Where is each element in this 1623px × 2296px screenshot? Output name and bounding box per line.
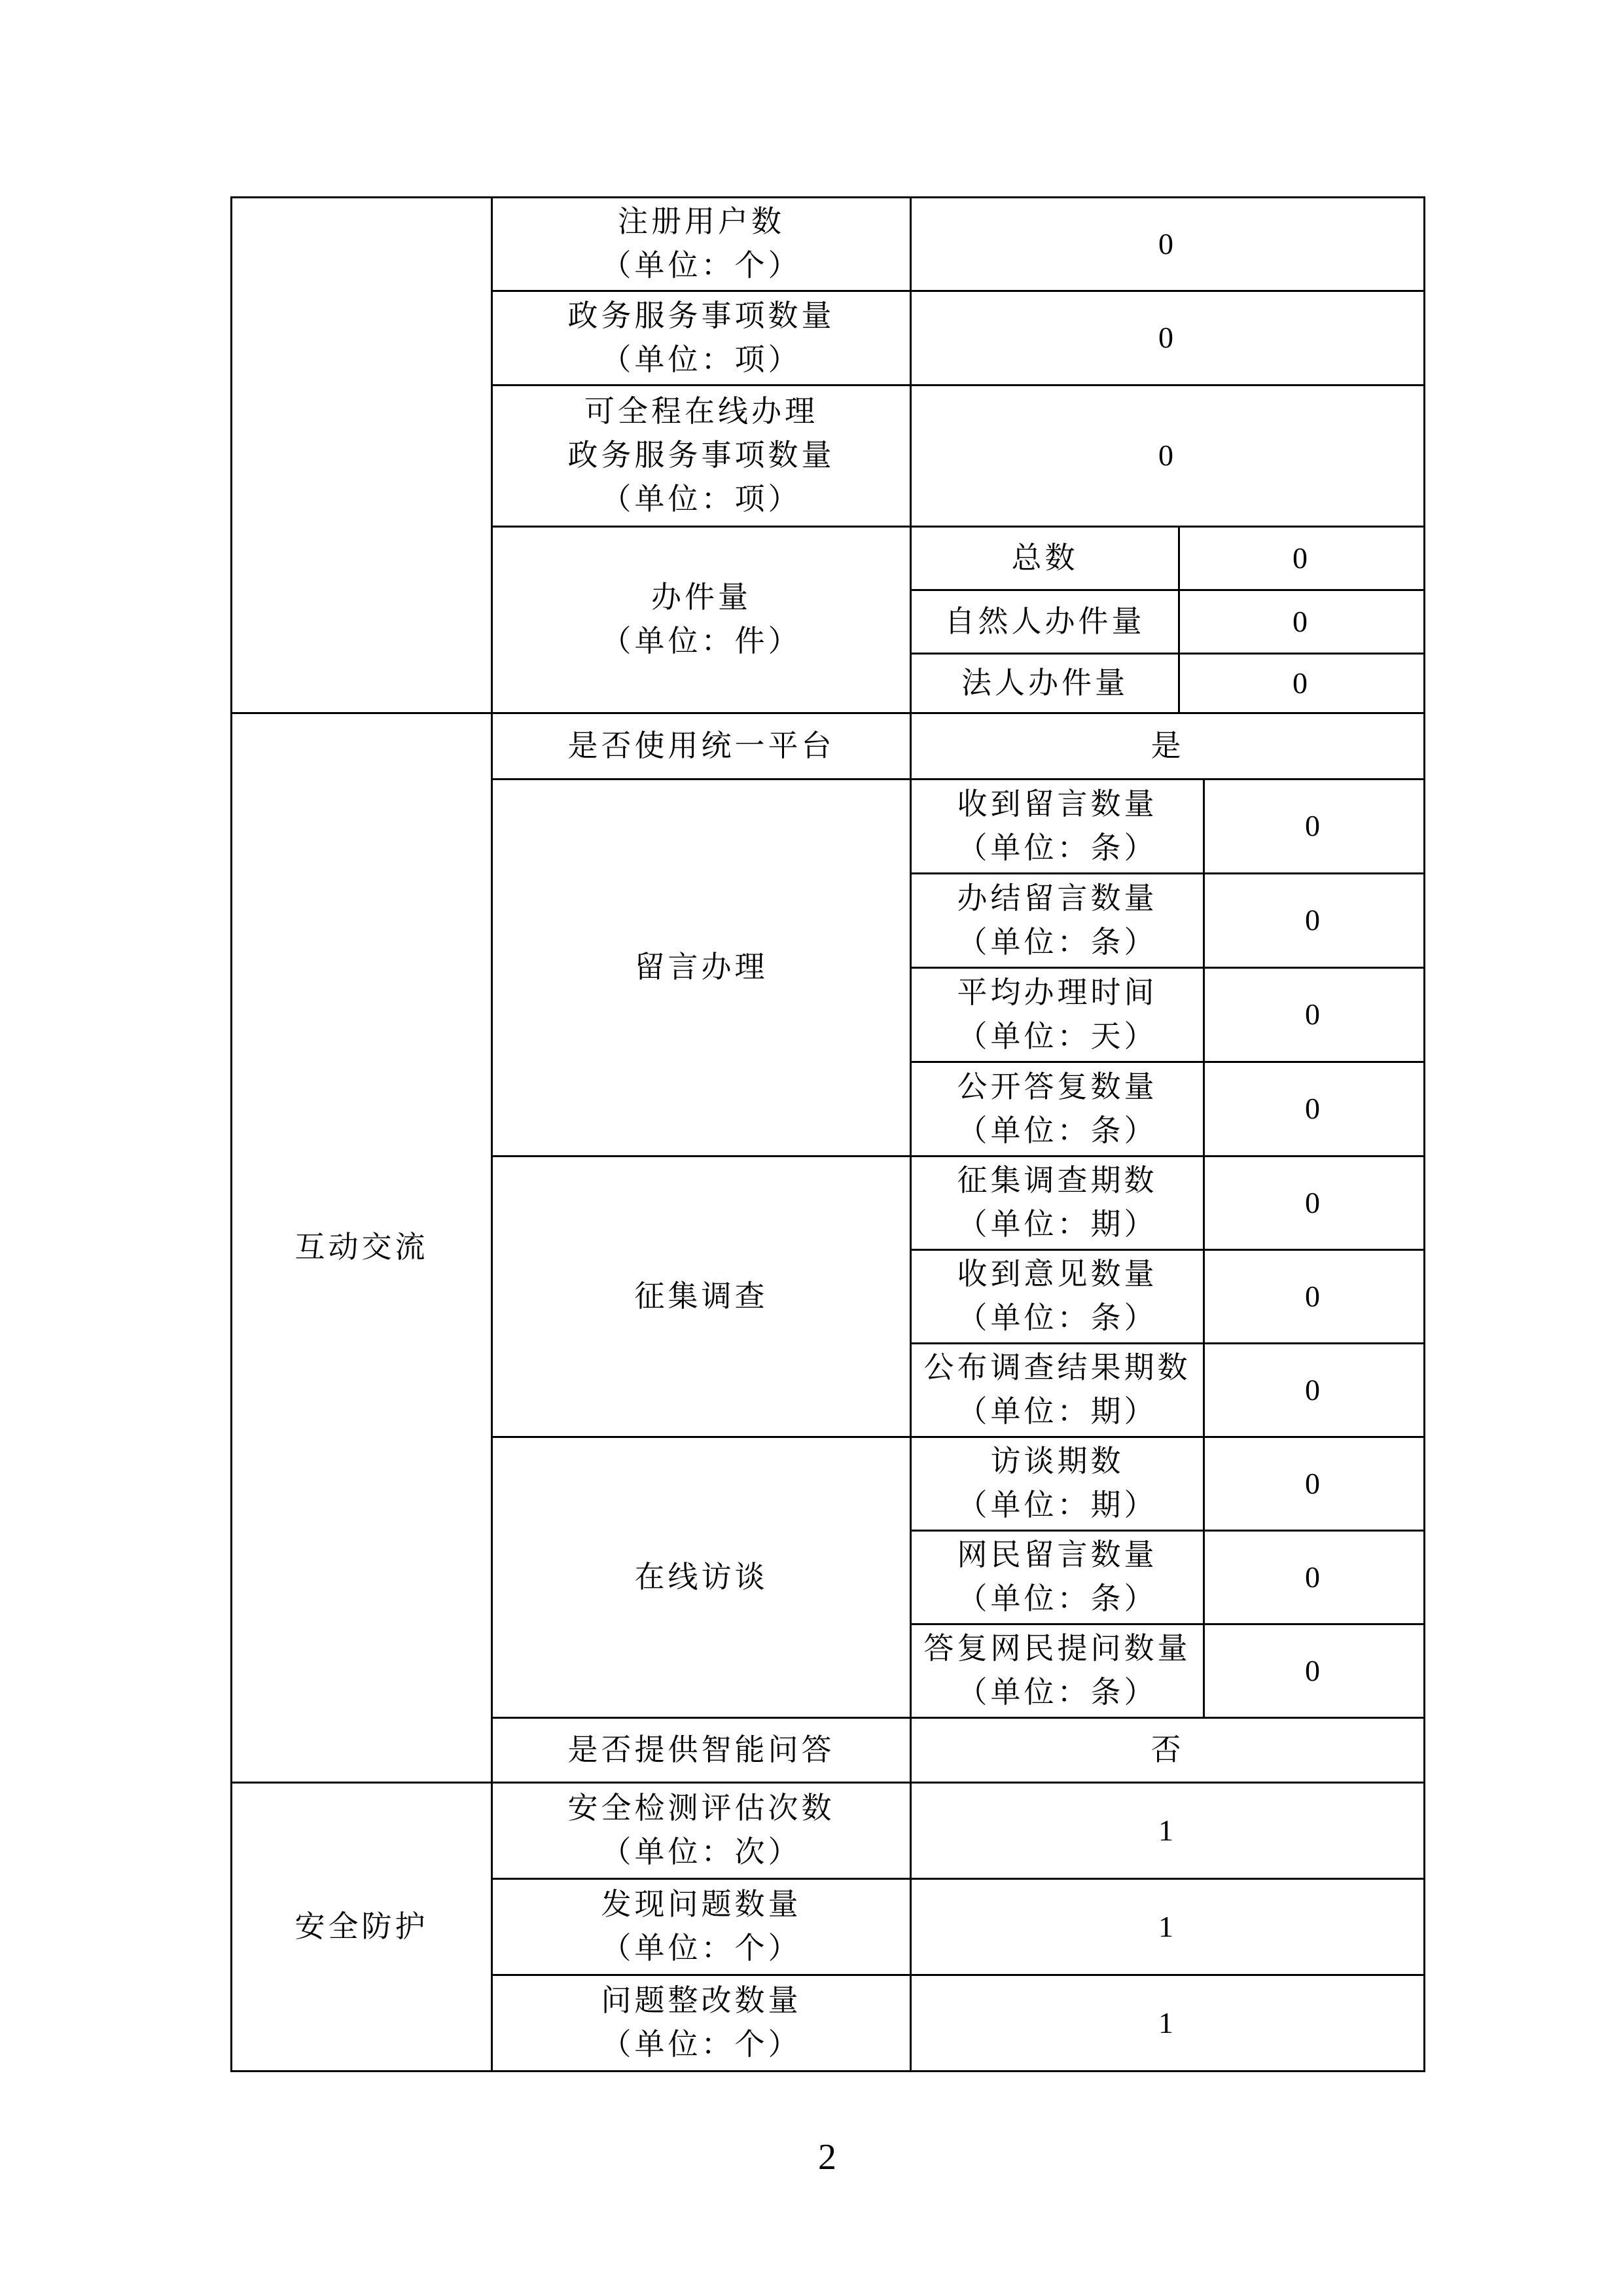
value-cell: 是 <box>911 713 1425 780</box>
value-cell: 0 <box>1204 1531 1425 1624</box>
value-cell: 0 <box>1204 1250 1425 1344</box>
submetric-label-cell: 访谈期数 （单位：期） <box>911 1437 1204 1531</box>
category-cell: 互动交流 <box>232 713 492 1783</box>
report-table: 注册用户数 （单位：个） 0 政务服务事项数量 （单位：项） 0 可全程在线办理… <box>230 196 1425 2072</box>
value-cell: 1 <box>911 1975 1425 2072</box>
value-cell: 0 <box>1179 590 1425 654</box>
table-row: 安全防护 安全检测评估次数 （单位：次） 1 <box>232 1783 1425 1879</box>
metric-label-cell: 安全检测评估次数 （单位：次） <box>492 1783 911 1879</box>
value-cell: 0 <box>911 291 1425 386</box>
metric-group-label-cell: 征集调查 <box>492 1157 911 1437</box>
metric-label-cell: 发现问题数量 （单位：个） <box>492 1879 911 1975</box>
value-cell: 0 <box>1204 1344 1425 1437</box>
metric-label-cell: 政务服务事项数量 （单位：项） <box>492 291 911 386</box>
metric-label-cell: 可全程在线办理 政务服务事项数量 （单位：项） <box>492 386 911 527</box>
submetric-label-cell: 答复网民提问数量 （单位：条） <box>911 1624 1204 1718</box>
metric-label-cell: 问题整改数量 （单位：个） <box>492 1975 911 2072</box>
value-cell: 0 <box>1204 1437 1425 1531</box>
value-cell: 0 <box>1204 780 1425 874</box>
value-cell: 0 <box>1204 1624 1425 1718</box>
table-row: 注册用户数 （单位：个） 0 <box>232 198 1425 291</box>
page-number: 2 <box>818 2139 836 2176</box>
value-cell: 1 <box>911 1879 1425 1975</box>
metric-label-cell: 是否使用统一平台 <box>492 713 911 780</box>
value-cell: 0 <box>1179 527 1425 590</box>
submetric-label-cell: 收到意见数量 （单位：条） <box>911 1250 1204 1344</box>
submetric-label-cell: 办结留言数量 （单位：条） <box>911 874 1204 968</box>
value-cell: 0 <box>1204 968 1425 1062</box>
submetric-label-cell: 收到留言数量 （单位：条） <box>911 780 1204 874</box>
submetric-label-cell: 自然人办件量 <box>911 590 1179 654</box>
submetric-label-cell: 法人办件量 <box>911 654 1179 713</box>
category-cell: 安全防护 <box>232 1783 492 2072</box>
metric-group-label-cell: 办件量 （单位：件） <box>492 527 911 713</box>
value-cell: 0 <box>911 198 1425 291</box>
table-row: 互动交流 是否使用统一平台 是 <box>232 713 1425 780</box>
submetric-label-cell: 总数 <box>911 527 1179 590</box>
category-cell <box>232 198 492 713</box>
report-page: { "page": { "number": "2" }, "colors": {… <box>0 0 1623 2296</box>
value-cell: 0 <box>1204 874 1425 968</box>
value-cell: 0 <box>1204 1062 1425 1157</box>
metric-label-cell: 是否提供智能问答 <box>492 1718 911 1783</box>
submetric-label-cell: 网民留言数量 （单位：条） <box>911 1531 1204 1624</box>
submetric-label-cell: 公布调查结果期数 （单位：期） <box>911 1344 1204 1437</box>
submetric-label-cell: 公开答复数量 （单位：条） <box>911 1062 1204 1157</box>
report-table-container: 注册用户数 （单位：个） 0 政务服务事项数量 （单位：项） 0 可全程在线办理… <box>230 196 1423 2072</box>
submetric-label-cell: 征集调查期数 （单位：期） <box>911 1157 1204 1250</box>
value-cell: 1 <box>911 1783 1425 1879</box>
value-cell: 0 <box>911 386 1425 527</box>
value-cell: 否 <box>911 1718 1425 1783</box>
value-cell: 0 <box>1204 1157 1425 1250</box>
submetric-label-cell: 平均办理时间 （单位：天） <box>911 968 1204 1062</box>
metric-group-label-cell: 在线访谈 <box>492 1437 911 1718</box>
metric-group-label-cell: 留言办理 <box>492 780 911 1157</box>
metric-label-cell: 注册用户数 （单位：个） <box>492 198 911 291</box>
value-cell: 0 <box>1179 654 1425 713</box>
